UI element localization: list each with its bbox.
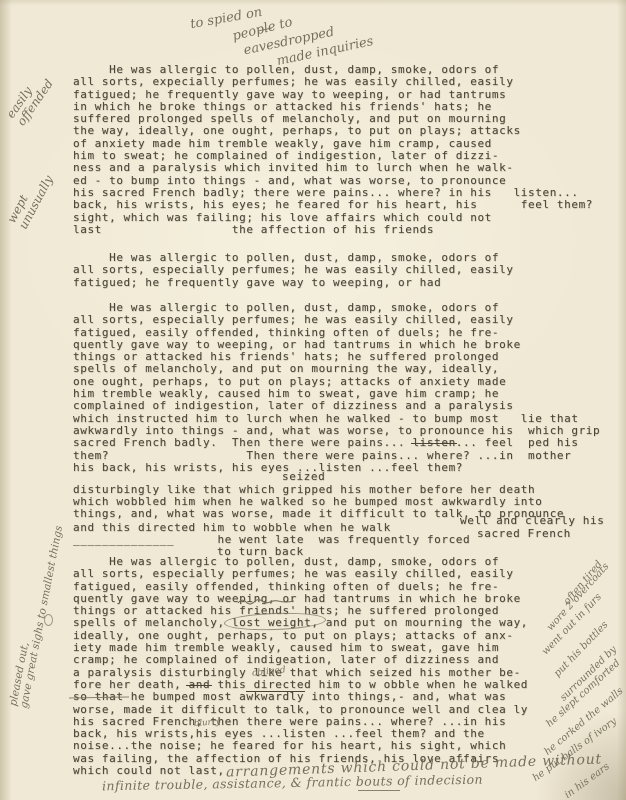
- pencil-squiggle-insertion: [237, 597, 299, 606]
- left-margin-note-2: wept unusually: [5, 138, 70, 231]
- typed-paragraph-2: He was allergic to pollen, dust, damp, s…: [73, 252, 514, 289]
- pencil-underline-bouts: [358, 790, 400, 791]
- inline-note-blurry: blurry: [194, 718, 221, 729]
- typed-paragraph-3: He was allergic to pollen, dust, damp, s…: [73, 302, 600, 474]
- strikeout-and: [186, 685, 212, 686]
- left-margin-note-3: pleased out, gave great sighs to smalles…: [8, 509, 68, 710]
- interline-insertion-seized: seized: [282, 471, 325, 483]
- strikeout-listen: [411, 443, 457, 444]
- manuscript-page: He was allergic to pollen, dust, damp, s…: [0, 0, 626, 800]
- left-margin-note-1: easily offended: [4, 49, 69, 127]
- fragment-right-note-1: well and clearly his: [460, 515, 604, 527]
- underline-directed: [246, 691, 305, 692]
- typed-paragraph-4: He was allergic to pollen, dust, damp, s…: [73, 556, 528, 777]
- fragment-right-note-2: sacred French: [477, 528, 571, 540]
- typed-paragraph-1: He was allergic to pollen, dust, damp, s…: [73, 64, 593, 236]
